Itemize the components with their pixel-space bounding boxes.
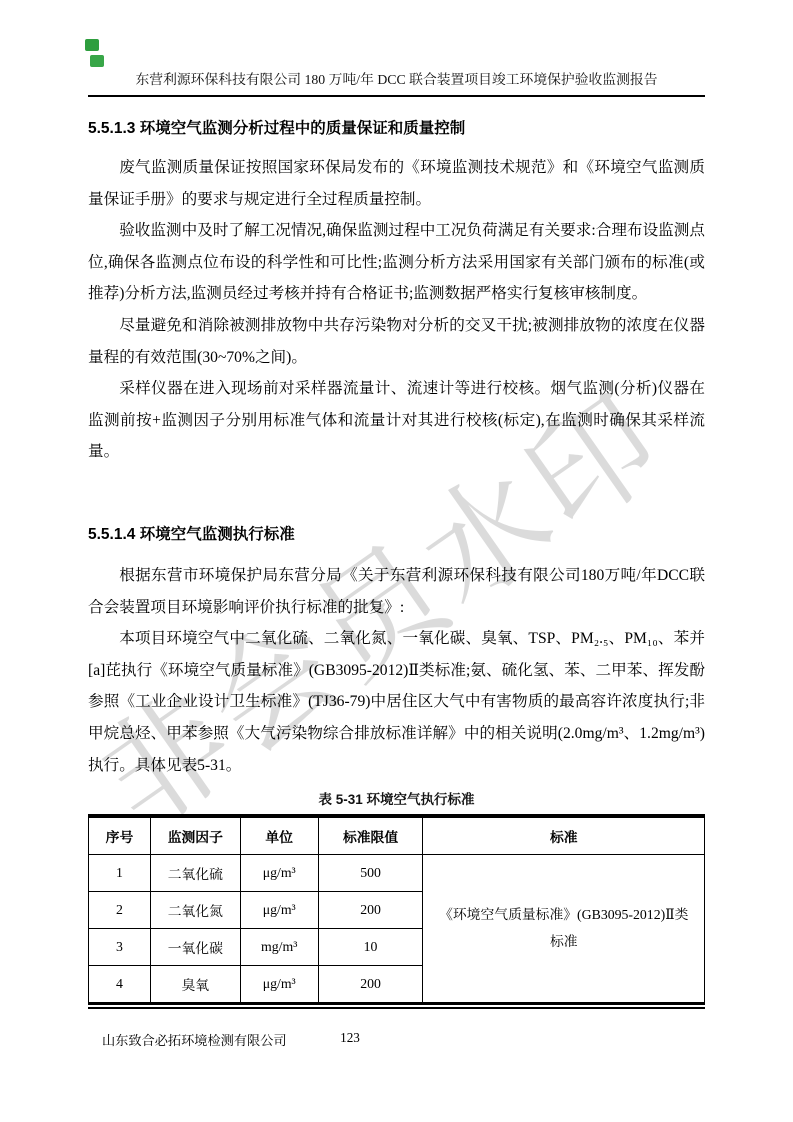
table-cell: μg/m³ bbox=[240, 855, 318, 892]
paragraph: 尽量避免和消除被测排放物中共存污染物对分析的交叉干扰;被测排放物的浓度在仪器量程… bbox=[88, 310, 705, 373]
table-cell: 1 bbox=[89, 855, 151, 892]
table-cell: μg/m³ bbox=[240, 966, 318, 1003]
table-caption: 表 5-31 环境空气执行标准 bbox=[88, 788, 705, 808]
table-cell: 一氧化碳 bbox=[150, 929, 240, 966]
table-cell: 3 bbox=[89, 929, 151, 966]
section-heading-5-5-1-4: 5.5.1.4 环境空气监测执行标准 bbox=[88, 524, 705, 546]
table-cell: μg/m³ bbox=[240, 892, 318, 929]
paragraph: 采样仪器在进入现场前对采样器流量计、流速计等进行校核。烟气监测(分析)仪器在监测… bbox=[88, 373, 705, 468]
table-cell: 4 bbox=[89, 966, 151, 1003]
table-cell: 200 bbox=[318, 966, 423, 1003]
annotation-mark-icon bbox=[85, 39, 99, 51]
table-header-cell: 标准 bbox=[423, 818, 705, 855]
table-cell: 二氧化氮 bbox=[150, 892, 240, 929]
table-cell-standard: 《环境空气质量标准》(GB3095-2012)Ⅱ类标准 bbox=[423, 855, 705, 1003]
standards-table: 序号 监测因子 单位 标准限值 标准 1 二氧化硫 μg/m³ 500 《环境空… bbox=[88, 814, 705, 1009]
section-body-5-5-1-3: 废气监测质量保证按照国家环保局发布的《环境监测技术规范》和《环境空气监测质量保证… bbox=[88, 152, 705, 468]
table-cell: 臭氧 bbox=[150, 966, 240, 1003]
table-header-cell: 单位 bbox=[240, 818, 318, 855]
section-body-5-5-1-4: 根据东营市环境保护局东营分局《关于东营利源环保科技有限公司180万吨/年DCC联… bbox=[88, 560, 705, 781]
document-page: 非会员水印 东营利源环保科技有限公司 180 万吨/年 DCC 联合装置项目竣工… bbox=[0, 0, 793, 1122]
annotation-mark-icon bbox=[90, 55, 104, 67]
header-title: 东营利源环保科技有限公司 180 万吨/年 DCC 联合装置项目竣工环境保护验收… bbox=[88, 70, 705, 97]
section-heading-5-5-1-3: 5.5.1.3 环境空气监测分析过程中的质量保证和质量控制 bbox=[88, 118, 705, 140]
table-cell: 500 bbox=[318, 855, 423, 892]
paragraph: 验收监测中及时了解工况情况,确保监测过程中工况负荷满足有关要求:合理布设监测点位… bbox=[88, 215, 705, 310]
paragraph: 根据东营市环境保护局东营分局《关于东营利源环保科技有限公司180万吨/年DCC联… bbox=[88, 560, 705, 623]
page-header: 东营利源环保科技有限公司 180 万吨/年 DCC 联合装置项目竣工环境保护验收… bbox=[88, 70, 705, 97]
table-cell: 200 bbox=[318, 892, 423, 929]
page-footer: 山东致合必拓环境检测有限公司 123 bbox=[88, 1030, 705, 1054]
table-cell: 2 bbox=[89, 892, 151, 929]
paragraph: 本项目环境空气中二氧化硫、二氧化氮、一氧化碳、臭氧、TSP、PM₂.₅、PM₁₀… bbox=[88, 623, 705, 781]
footer-company: 山东致合必拓环境检测有限公司 bbox=[102, 1030, 287, 1049]
table-cell: mg/m³ bbox=[240, 929, 318, 966]
table-cell: 二氧化硫 bbox=[150, 855, 240, 892]
table-header-cell: 序号 bbox=[89, 818, 151, 855]
page-number: 123 bbox=[330, 1030, 370, 1046]
table-header-cell: 监测因子 bbox=[150, 818, 240, 855]
table-row: 1 二氧化硫 μg/m³ 500 《环境空气质量标准》(GB3095-2012)… bbox=[89, 855, 705, 892]
table-cell: 10 bbox=[318, 929, 423, 966]
table-header-cell: 标准限值 bbox=[318, 818, 423, 855]
paragraph: 废气监测质量保证按照国家环保局发布的《环境监测技术规范》和《环境空气监测质量保证… bbox=[88, 152, 705, 215]
table-header-row: 序号 监测因子 单位 标准限值 标准 bbox=[89, 818, 705, 855]
